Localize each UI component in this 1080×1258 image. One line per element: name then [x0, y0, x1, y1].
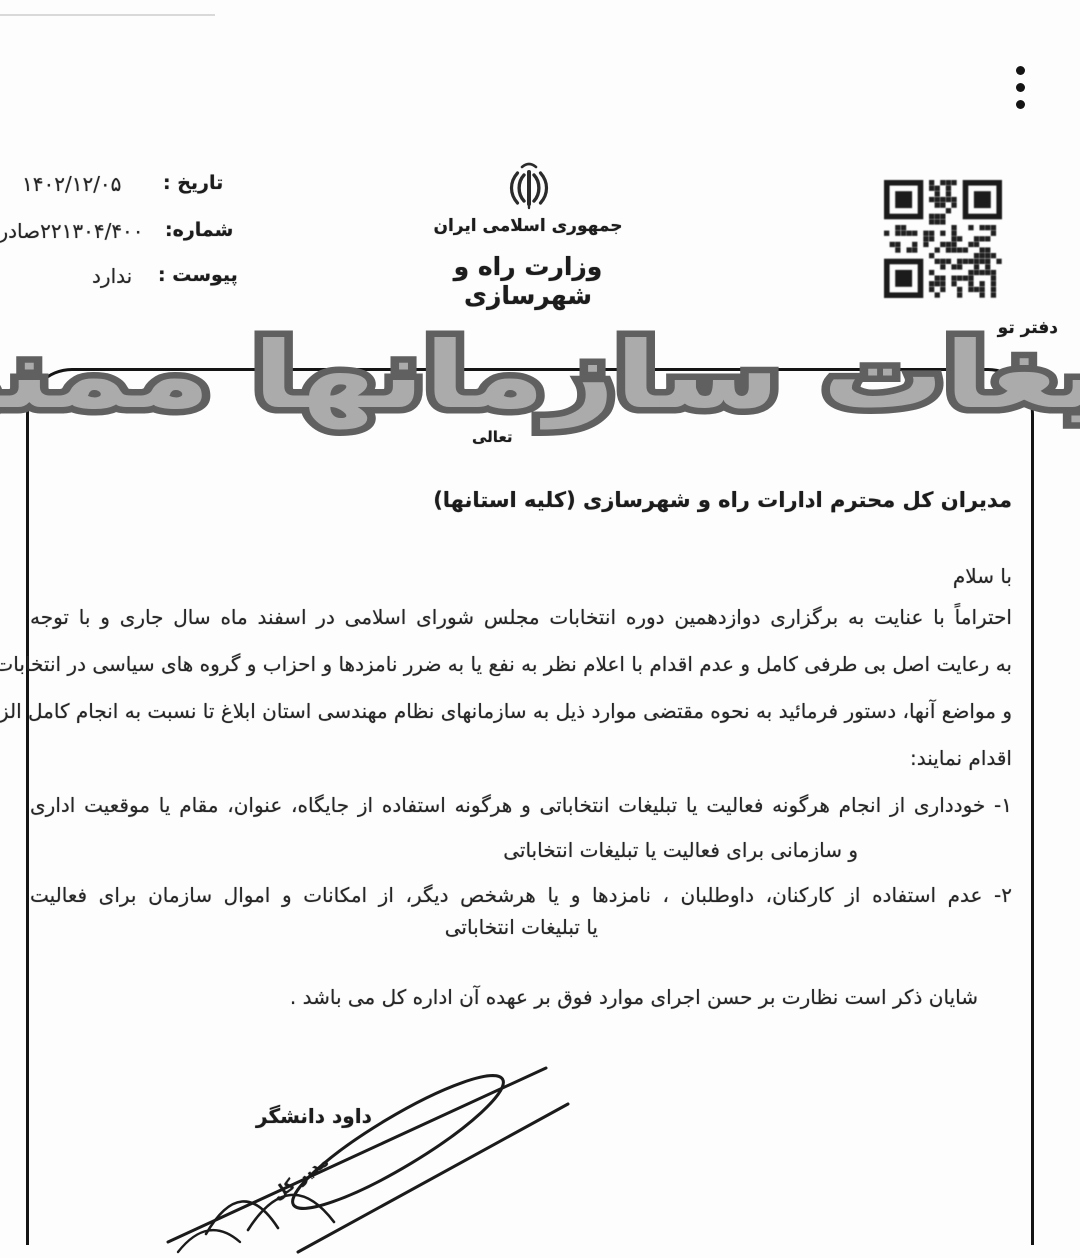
list-item-1-line-2: و سازمانی برای فعالیت یا تبلیغات انتخابا…	[503, 838, 858, 862]
addressee-line: مدیران کل محترم ادارات راه و شهرسازی (کل…	[433, 488, 1012, 512]
signature-scribble	[148, 1046, 580, 1258]
attachment-value: ندارد	[92, 264, 132, 288]
list-item-2-line-1: ۲- عدم استفاده از کارکنان، داوطلبان ، نا…	[30, 872, 1012, 919]
country-title: جمهوری اسلامی ایران	[428, 216, 628, 236]
number-label: شماره:	[165, 219, 233, 241]
more-options-kebab-menu-icon[interactable]	[1013, 66, 1027, 109]
body-line-2: به رعایت اصل بی طرفی کامل و عدم اقدام با…	[30, 641, 1012, 688]
body-line-4: اقدام نمایند:	[30, 735, 1012, 782]
number-value: ۲۲۱۳۰۴/۴۰۰صادره	[0, 219, 144, 243]
watermark-text: تبلیغات سازمانها ممنوع !	[0, 306, 1080, 446]
kebab-dot	[1016, 100, 1025, 109]
scanned-letter-page: { "icons": { "more_menu": "kebab-vertica…	[0, 0, 1080, 1258]
body-line-1: احتراماً با عنایت به برگزاری دوازدهمین د…	[30, 594, 1012, 641]
date-value: ۱۴۰۲/۱۲/۰۵	[22, 172, 121, 196]
body-line-3: و مواضع آنها، دستور فرمائید به نحوه مقتض…	[30, 688, 1012, 735]
kebab-dot	[1016, 66, 1025, 75]
ministry-title: وزارت راه و شهرسازی	[398, 252, 658, 310]
iran-emblem-icon	[505, 160, 553, 212]
scan-artifact-line	[0, 14, 215, 16]
closing-line: شایان ذکر است نظارت بر حسن اجرای موارد ف…	[290, 985, 978, 1009]
attachment-label: پیوست :	[158, 264, 238, 286]
kebab-dot	[1016, 83, 1025, 92]
date-label: تاریخ :	[163, 172, 223, 194]
list-item-2-line-2: یا تبلیغات انتخاباتی	[445, 915, 598, 939]
salutation: با سلام	[953, 564, 1012, 588]
qr-code	[884, 180, 1002, 298]
list-item-1-line-1: ۱- خودداری از انجام هرگونه فعالیت یا تبل…	[30, 782, 1012, 829]
